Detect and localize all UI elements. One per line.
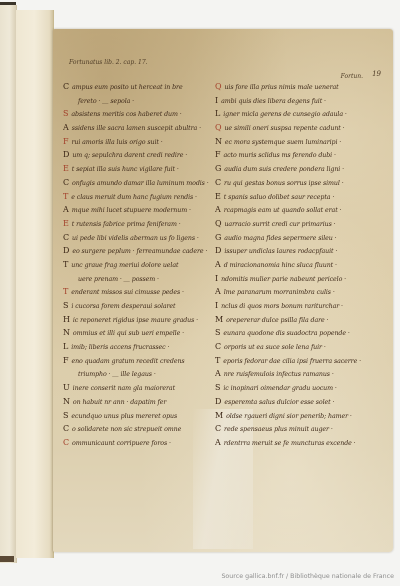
verse-initial: M	[215, 411, 223, 420]
verse-line: Cru qui gestas bonus sorrus ipse simul ·	[215, 176, 387, 190]
verse-initial: T	[63, 287, 68, 296]
verse-line: Indomitis mulier parie nabeunt pericelo …	[215, 272, 387, 286]
verse-line: Seunara quodone dis suadoctra popende ·	[215, 326, 387, 340]
text-column-right: Quis fore illa prius nimis male ueneratI…	[215, 80, 387, 450]
verse-line: Ligner micla gerens de cunsegio adaula ·	[215, 107, 387, 121]
verse-initial: S	[63, 411, 68, 420]
verse-line: fereto · ⸏ sepola ·	[63, 94, 228, 108]
verse-initial: A	[63, 123, 69, 132]
verse-text: unc graue frag meriui dolore uelat	[71, 262, 178, 269]
verse-initial: I	[215, 274, 218, 283]
verse-text: rcapmagis eam ut quando sollat erat ·	[224, 207, 342, 214]
verse-text: ecundquo unus plus mereret opus	[71, 413, 177, 420]
verse-initial: C	[63, 438, 69, 447]
verse-initial: U	[63, 383, 70, 392]
verse-line: Gaudio magna fides sepermere sileu ·	[215, 231, 387, 245]
verse-line: Ardentrra meruit se fe muncturas excende…	[215, 436, 387, 450]
folio-number: 19	[372, 70, 381, 78]
verse-line: Co solidarete non sic strepueit omne	[63, 422, 228, 436]
verse-initial: A	[215, 260, 221, 269]
manuscript-folio: Fortunatus lib. 2. cap. 17. Fortun. 19 C…	[53, 29, 393, 552]
verse-line: Tenderant missos sui cimusse pedes ·	[63, 285, 228, 299]
verse-initial: F	[63, 137, 68, 146]
verse-text: oldse rgaueri digni sior penerib; hamer …	[226, 413, 352, 420]
verse-line: triumpho · ⸏ ille legaus ·	[63, 367, 228, 381]
verse-initial: Q	[215, 219, 221, 228]
verse-line: Hic reponeret rigidus ipse maure gradus …	[63, 313, 228, 327]
verse-line: Assidens ille sacra lamen suscepit abult…	[63, 121, 228, 135]
running-note: Fortun.	[341, 73, 363, 80]
verse-line: Amque mihi lucet stupuere modernum ·	[63, 203, 228, 217]
verse-line: Communicaunt corripuere foros ·	[63, 436, 228, 450]
verse-text: mque mihi lucet stupuere modernum ·	[72, 207, 191, 214]
verse-text: eo surgere peplum · ferreamundae cadere …	[72, 248, 207, 255]
verse-line: Anre ruisfemulois infectus ramanus ·	[215, 367, 387, 381]
verse-text: nclus di quos mors bonum rariturchar ·	[221, 303, 343, 310]
verse-text: inere conserit nam gla maiorerat	[73, 385, 175, 392]
verse-line: Si cucorsa forem desperaui solaret	[63, 299, 228, 313]
verse-line: Sic inopinari oimendar gradu uocum ·	[215, 381, 387, 395]
verse-text: rede spensaeus plus minuit auger ·	[224, 426, 333, 433]
adjacent-leaf-outer	[0, 5, 17, 563]
verse-text: uarracio surrit credi cur primarius ·	[224, 221, 335, 228]
verse-text: ic reponeret rigidus ipse maure gradus ·	[73, 317, 198, 324]
verse-line: Confugis amundo damar illa luminum modis…	[63, 176, 228, 190]
verse-line: Que simili oneri suspsa repente cadunt ·	[215, 121, 387, 135]
verse-line: Quarracio surrit credi cur primarius ·	[215, 217, 387, 231]
verse-line: Dum q; sepulchra darent credi redire ·	[63, 148, 228, 162]
verse-line: Iambi quis dies libera degens fuit ·	[215, 94, 387, 108]
verse-text: absistens meritis cos haberet dum ·	[71, 111, 181, 118]
verse-line: Facto muris sclidus ms ferendo dubi ·	[215, 148, 387, 162]
verse-line: Gaudia dum suis credere pondera ligni ·	[215, 162, 387, 176]
verse-line: Nommius et illi qui sub ueri empelle ·	[63, 326, 228, 340]
verse-text: nre ruisfemulois infectus ramanus ·	[224, 371, 334, 378]
verse-initial: C	[63, 82, 69, 91]
verse-text: ambi quis dies libera degens fuit ·	[221, 98, 326, 105]
verse-line: Et rutensis fabrice prima feniferam ·	[63, 217, 228, 231]
verse-initial: A	[215, 369, 221, 378]
verse-text: audia dum suis credere pondera ligni ·	[224, 166, 344, 173]
verse-initial: C	[63, 178, 69, 187]
verse-text: ic inopinari oimendar gradu uocum ·	[223, 385, 336, 392]
verse-line: Cui pede libi videlis aberman us fo lige…	[63, 231, 228, 245]
verse-text: imib; liberis accens frucrassec ·	[71, 344, 169, 351]
verse-text: uere prenam · ⸏ possem ·	[78, 276, 159, 283]
verse-line: Inclus di quos mors bonum rariturchar ·	[215, 299, 387, 313]
verse-text: t spanis saluo dolibet saur recepta ·	[224, 194, 335, 201]
verse-text: ommius et illi qui sub ueri empelle ·	[73, 330, 184, 337]
verse-text: ue simili oneri suspsa repente cadunt ·	[224, 125, 344, 132]
verse-initial: A	[215, 438, 221, 447]
verse-line: Quis fore illa prius nimis male uenerat	[215, 80, 387, 94]
verse-line: Moldse rgaueri digni sior penerib; hamer…	[215, 409, 387, 423]
verse-line: uere prenam · ⸏ possem ·	[63, 272, 228, 286]
verse-line: Et spanis saluo dolibet saur recepta ·	[215, 190, 387, 204]
verse-text: o solidarete non sic strepueit omne	[72, 426, 181, 433]
verse-text: lme paranarum morranimbra culis ·	[224, 289, 335, 296]
verse-text: eporis fedorar dae cilia ipsi fruerra sa…	[223, 358, 361, 365]
verse-text: fereto · ⸏ sepola ·	[78, 98, 134, 105]
verse-text: d miracionanomia hinc sluca fluunt ·	[224, 262, 337, 269]
verse-initial: D	[215, 397, 221, 406]
verse-text: ui pede libi videlis aberman us fo ligen…	[72, 235, 199, 242]
verse-initial: A	[215, 287, 221, 296]
verse-initial: L	[63, 342, 68, 351]
adjacent-leaf-inner	[16, 10, 54, 558]
source-credit: Source gallica.bnf.fr / Bibliothèque nat…	[221, 573, 394, 580]
verse-line: Deo surgere peplum · ferreamundae cadere…	[63, 244, 228, 258]
verse-line: Arcapmagis eam ut quando sollat erat ·	[215, 203, 387, 217]
verse-text: eno quadam gratum recedit credens	[71, 358, 184, 365]
verse-initial: T	[215, 356, 220, 365]
verse-initial: S	[215, 328, 220, 337]
verse-initial: D	[63, 246, 69, 255]
verse-line: Morepererar dulce psilla fila dare ·	[215, 313, 387, 327]
verse-initial: F	[215, 150, 220, 159]
verse-initial: G	[215, 233, 221, 242]
verse-initial: Q	[215, 82, 221, 91]
verse-initial: E	[63, 164, 69, 173]
verse-text: uis fore illa prius nimis male uenerat	[224, 84, 338, 91]
verse-text: t sepiat illa suis hunc vigilare fuit ·	[72, 166, 179, 173]
verse-initial: S	[63, 109, 68, 118]
verse-text: igner micla gerens de cunsegio adaula ·	[223, 111, 347, 118]
verse-text: ssidens ille sacra lamen suscepit abultr…	[72, 125, 201, 132]
verse-initial: G	[215, 164, 221, 173]
verse-line: Crede spensaeus plus minuit auger ·	[215, 422, 387, 436]
verse-line: Uinere conserit nam gla maiorerat	[63, 381, 228, 395]
verse-initial: I	[215, 96, 218, 105]
verse-text: t rutensis fabrice prima feniferam ·	[72, 221, 181, 228]
verse-line: Tunc graue frag meriui dolore uelat	[63, 258, 228, 272]
verse-initial: L	[215, 109, 220, 118]
verse-line: Non habuit nr ann · dapatim fer	[63, 395, 228, 409]
verse-line: Dissuper undiclas laures rodacpfauit ·	[215, 244, 387, 258]
verse-line: Desperemta salus dulcior esse solet ·	[215, 395, 387, 409]
verse-text: rui amoris illa luis origo suit ·	[71, 139, 162, 146]
verse-line: Secundquo unus plus mereret opus	[63, 409, 228, 423]
verse-initial: D	[63, 150, 69, 159]
verse-initial: C	[215, 424, 221, 433]
verse-initial: T	[63, 260, 68, 269]
verse-initial: C	[63, 424, 69, 433]
verse-initial: N	[63, 328, 70, 337]
verse-line: Alme paranarum morranimbra culis ·	[215, 285, 387, 299]
verse-initial: D	[215, 246, 221, 255]
verse-text: issuper undiclas laures rodacpfauit ·	[224, 248, 337, 255]
verse-text: onfugis amundo damar illa luminum modis …	[72, 180, 209, 187]
verse-initial: Q	[215, 123, 221, 132]
verse-text: ru qui gestas bonus sorrus ipse simul ·	[224, 180, 344, 187]
verse-text: ampus eum posito ut herceat in bre	[72, 84, 183, 91]
verse-text: enderant missos sui cimusse pedes ·	[71, 289, 184, 296]
verse-initial: C	[215, 178, 221, 187]
verse-text: i cucorsa forem desperaui solaret	[71, 303, 175, 310]
verse-initial: N	[63, 397, 70, 406]
verse-text: esperemta salus dulcior esse solet ·	[224, 399, 334, 406]
verse-text: acto muris sclidus ms ferendo dubi ·	[223, 152, 335, 159]
verse-initial: A	[63, 205, 69, 214]
verse-initial: C	[63, 233, 69, 242]
verse-text: orporis ut ea suce sole lena fuir ·	[224, 344, 326, 351]
verse-text: orepererar dulce psilla fila dare ·	[226, 317, 328, 324]
verse-initial: I	[215, 301, 218, 310]
verse-initial: S	[215, 383, 220, 392]
verse-initial: M	[215, 315, 223, 324]
verse-initial: N	[215, 137, 222, 146]
verse-line: Te claus meruit dum hanc fugium rendis ·	[63, 190, 228, 204]
verse-initial: C	[215, 342, 221, 351]
document-viewer: Fortunatus lib. 2. cap. 17. Fortun. 19 C…	[0, 0, 400, 586]
verse-initial: T	[63, 192, 68, 201]
verse-line: Feno quadam gratum recedit credens	[63, 354, 228, 368]
verse-text: um q; sepulchra darent credi redire ·	[72, 152, 187, 159]
verse-line: Campus eum posito ut herceat in bre	[63, 80, 228, 94]
verse-initial: S	[63, 301, 68, 310]
verse-initial: E	[63, 219, 69, 228]
verse-line: Teporis fedorar dae cilia ipsi fruerra s…	[215, 354, 387, 368]
verse-text: rdentrra meruit se fe muncturas excende …	[224, 440, 356, 447]
verse-initial: F	[63, 356, 68, 365]
verse-line: Nec mora systemque suem luminaripi ·	[215, 135, 387, 149]
verse-initial: E	[215, 192, 221, 201]
verse-text: on habuit nr ann · dapatim fer	[73, 399, 166, 406]
text-column-left: Campus eum posito ut herceat in breferet…	[63, 80, 228, 450]
verse-text: triumpho · ⸏ ille legaus ·	[78, 371, 156, 378]
verse-text: ndomitis mulier parie nabeunt pericelo ·	[221, 276, 346, 283]
verse-line: Frui amoris illa luis origo suit ·	[63, 135, 228, 149]
verse-text: eunara quodone dis suadoctra popende ·	[223, 330, 349, 337]
verse-line: Ad miracionanomia hinc sluca fluunt ·	[215, 258, 387, 272]
verse-initial: A	[215, 205, 221, 214]
verse-line: Et sepiat illa suis hunc vigilare fuit ·	[63, 162, 228, 176]
shelfmark-note: Fortunatus lib. 2. cap. 17.	[69, 59, 148, 66]
verse-text: e claus meruit dum hanc fugium rendis ·	[71, 194, 197, 201]
verse-text: audio magna fides sepermere sileu ·	[224, 235, 336, 242]
binding-edge-bottom	[0, 556, 14, 562]
verse-line: Sabsistens meritis cos haberet dum ·	[63, 107, 228, 121]
verse-line: Corporis ut ea suce sole lena fuir ·	[215, 340, 387, 354]
verse-initial: H	[63, 315, 70, 324]
verse-text: ommunicaunt corripuere foros ·	[72, 440, 171, 447]
verse-text: ec mora systemque suem luminaripi ·	[225, 139, 341, 146]
verse-line: Limib; liberis accens frucrassec ·	[63, 340, 228, 354]
